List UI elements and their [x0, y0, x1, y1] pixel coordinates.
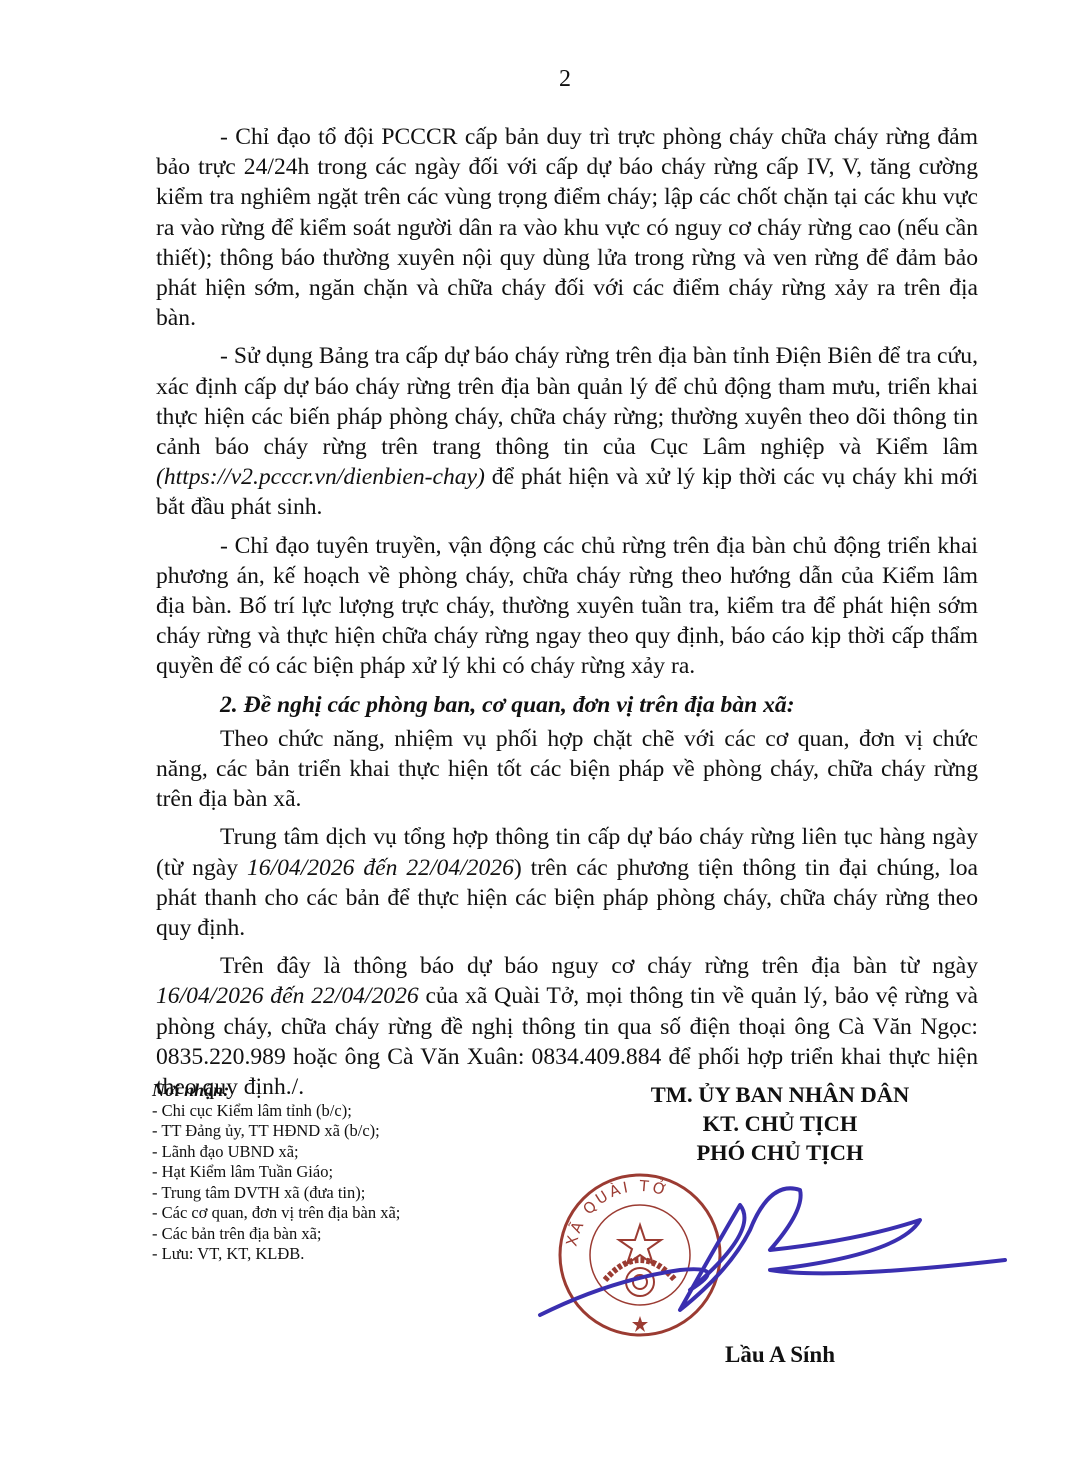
- paragraph-text: - Sử dụng Bảng tra cấp dự báo cháy rừng …: [156, 343, 978, 460]
- paragraph-lookup-table: - Sử dụng Bảng tra cấp dự báo cháy rừng …: [156, 341, 978, 522]
- section-heading: 2. Đề nghị các phòng ban, cơ quan, đơn v…: [156, 690, 978, 720]
- paragraph-coordination: Theo chức năng, nhiệm vụ phối hợp chặt c…: [156, 724, 978, 815]
- paragraph-propaganda: - Chỉ đạo tuyên truyền, vận động các chủ…: [156, 531, 978, 682]
- handwritten-signature-icon: [530, 1170, 1010, 1350]
- recipient-item: - Các cơ quan, đơn vị trên địa bàn xã;: [152, 1203, 532, 1224]
- recipient-item: - Lãnh đạo UBND xã;: [152, 1142, 532, 1163]
- pcccr-link[interactable]: (https://v2.pccсr.vn/dienbien-chay): [156, 464, 485, 490]
- recipient-item: - Các bản trên địa bàn xã;: [152, 1224, 532, 1245]
- signature-block: TM. ỦY BAN NHÂN DÂN KT. CHỦ TỊCH PHÓ CHỦ…: [580, 1080, 980, 1167]
- recipient-item: - Hạt Kiểm lâm Tuần Giáo;: [152, 1162, 532, 1183]
- recipients-list: Nơi nhận: - Chi cục Kiểm lâm tỉnh (b/c);…: [152, 1080, 532, 1265]
- recipient-item: - Trung tâm DVTH xã (đưa tin);: [152, 1183, 532, 1204]
- paragraph-text: Trên đây là thông báo dự báo nguy cơ chá…: [220, 953, 978, 979]
- date-range: 16/04/2026 đến 22/04/2026: [247, 855, 514, 881]
- recipients-title: Nơi nhận:: [152, 1080, 532, 1101]
- paragraph-service-center: Trung tâm dịch vụ tổng hợp thông tin cấp…: [156, 822, 978, 943]
- document-body: - Chỉ đạo tổ đội PCCCR cấp bản duy trì t…: [156, 122, 978, 1110]
- recipient-item: - Lưu: VT, KT, KLĐB.: [152, 1244, 532, 1265]
- date-range: 16/04/2026 đến 22/04/2026: [156, 983, 419, 1009]
- page-number: 2: [0, 66, 1080, 93]
- recipient-item: - Chi cục Kiểm lâm tỉnh (b/c);: [152, 1101, 532, 1122]
- recipient-item: - TT Đảng ủy, TT HĐND xã (b/c);: [152, 1121, 532, 1142]
- signer-name: Lầu A Sính: [580, 1342, 980, 1368]
- signature-title-line1: TM. ỦY BAN NHÂN DÂN: [580, 1080, 980, 1109]
- paragraph-pcccr-duty: - Chỉ đạo tổ đội PCCCR cấp bản duy trì t…: [156, 122, 978, 333]
- signature-title-line2: KT. CHỦ TỊCH: [580, 1109, 980, 1138]
- signature-title-line3: PHÓ CHỦ TỊCH: [580, 1138, 980, 1167]
